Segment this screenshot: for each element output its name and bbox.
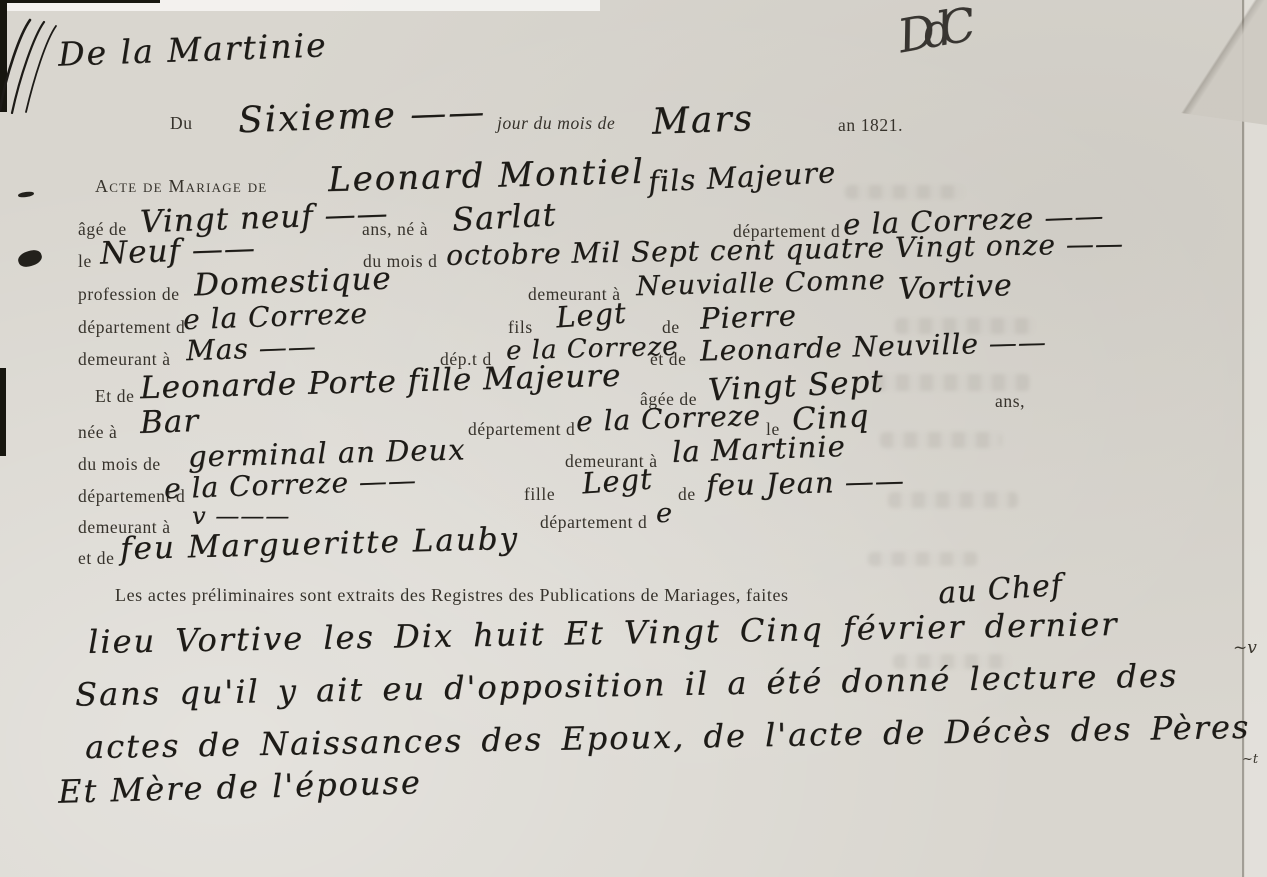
page-corner-shadow [1136,0,1267,132]
publications-handwritten-line-4: Et Mère de l'épouse [58,763,423,811]
label-nee-a: née à [78,422,117,443]
label-acte-de-mariage: Acte de Mariage de [95,176,267,197]
groom-residence: Neuvialle Comne [636,265,886,303]
paraphe-mark: DdC [894,0,968,63]
label-le: le [78,251,92,272]
label-et-de-1: et de [650,349,687,370]
bride-dept-3: e [656,498,673,529]
label-departement-b1: département d [468,419,575,440]
bleedthrough-mark [845,185,965,199]
publications-handwritten-line-2: Sans qu'il y ait eu d'opposition il a ét… [75,656,1179,713]
label-profession-de: profession de [78,284,180,305]
publications-printed-text: Les actes préliminaires sont extraits de… [115,585,789,606]
value-day: Sixieme —— [237,92,486,142]
margin-annotation: De la Martinie [57,25,328,73]
publications-au-chef: au Chef [937,568,1064,612]
label-departement-b3: département d [540,512,647,533]
scan-edge-top [0,0,160,3]
label-et-de-b2: et de [78,548,115,569]
ink-blob-mark [16,248,43,270]
bride-father-name: feu Jean —— [706,463,906,502]
label-du-mois-de-b: du mois de [78,454,161,475]
bleedthrough-mark [872,374,1030,391]
edge-ink-mark: ~t [1242,752,1258,767]
groom-birth-month-year: octobre Mil Sept cent quatre Vingt onze … [446,227,1124,272]
publications-handwritten-line-1: lieu Vortive les Dix huit Et Vingt Cinq … [88,605,1119,661]
label-fille: fille [524,484,555,505]
groom-filiation-status: Legt [555,296,628,335]
label-de-b: de [678,484,696,505]
label-ans-ne-a: ans, né à [362,219,428,240]
label-du: Du [170,113,193,134]
bride-mother-name: feu Margueritte Lauby [120,521,520,567]
label-an-1821: an 1821. [838,115,903,136]
label-departement-2: département d [78,317,185,338]
groom-father-residence: Mas —— [185,330,317,368]
value-month: Mars [651,98,754,143]
groom-birthplace: Sarlat [451,195,557,238]
bride-birthplace: Bar [139,403,199,441]
ink-dash-mark [18,191,35,198]
edge-ink-mark: ~v [1233,638,1257,658]
bleedthrough-mark [868,552,978,566]
bleedthrough-mark [888,492,1018,508]
groom-name: Leonard Montiel [328,152,646,200]
bride-filiation-status: Legt [581,462,654,501]
label-et-de-bride: Et de [95,386,134,407]
label-ans: ans, [995,391,1025,412]
bleedthrough-mark [880,432,1002,448]
marriage-record-scan: ~v ~t De la Martinie DdC Du Sixieme —— j… [0,0,1267,877]
groom-status: fils Majeure [647,155,837,199]
scan-edge-left-mid [0,368,6,456]
label-jour-du-mois: jour du mois de [497,113,615,134]
label-demeurant-a-2: demeurant à [78,349,171,370]
publications-handwritten-line-3: actes de Naissances des Epoux, de l'acte… [85,708,1251,766]
bride-father-residence: v ——— [192,502,290,530]
groom-father-name: Pierre [699,298,797,335]
bride-residence: la Martinie [671,429,846,469]
groom-residence-commune: Vortive [897,268,1013,307]
